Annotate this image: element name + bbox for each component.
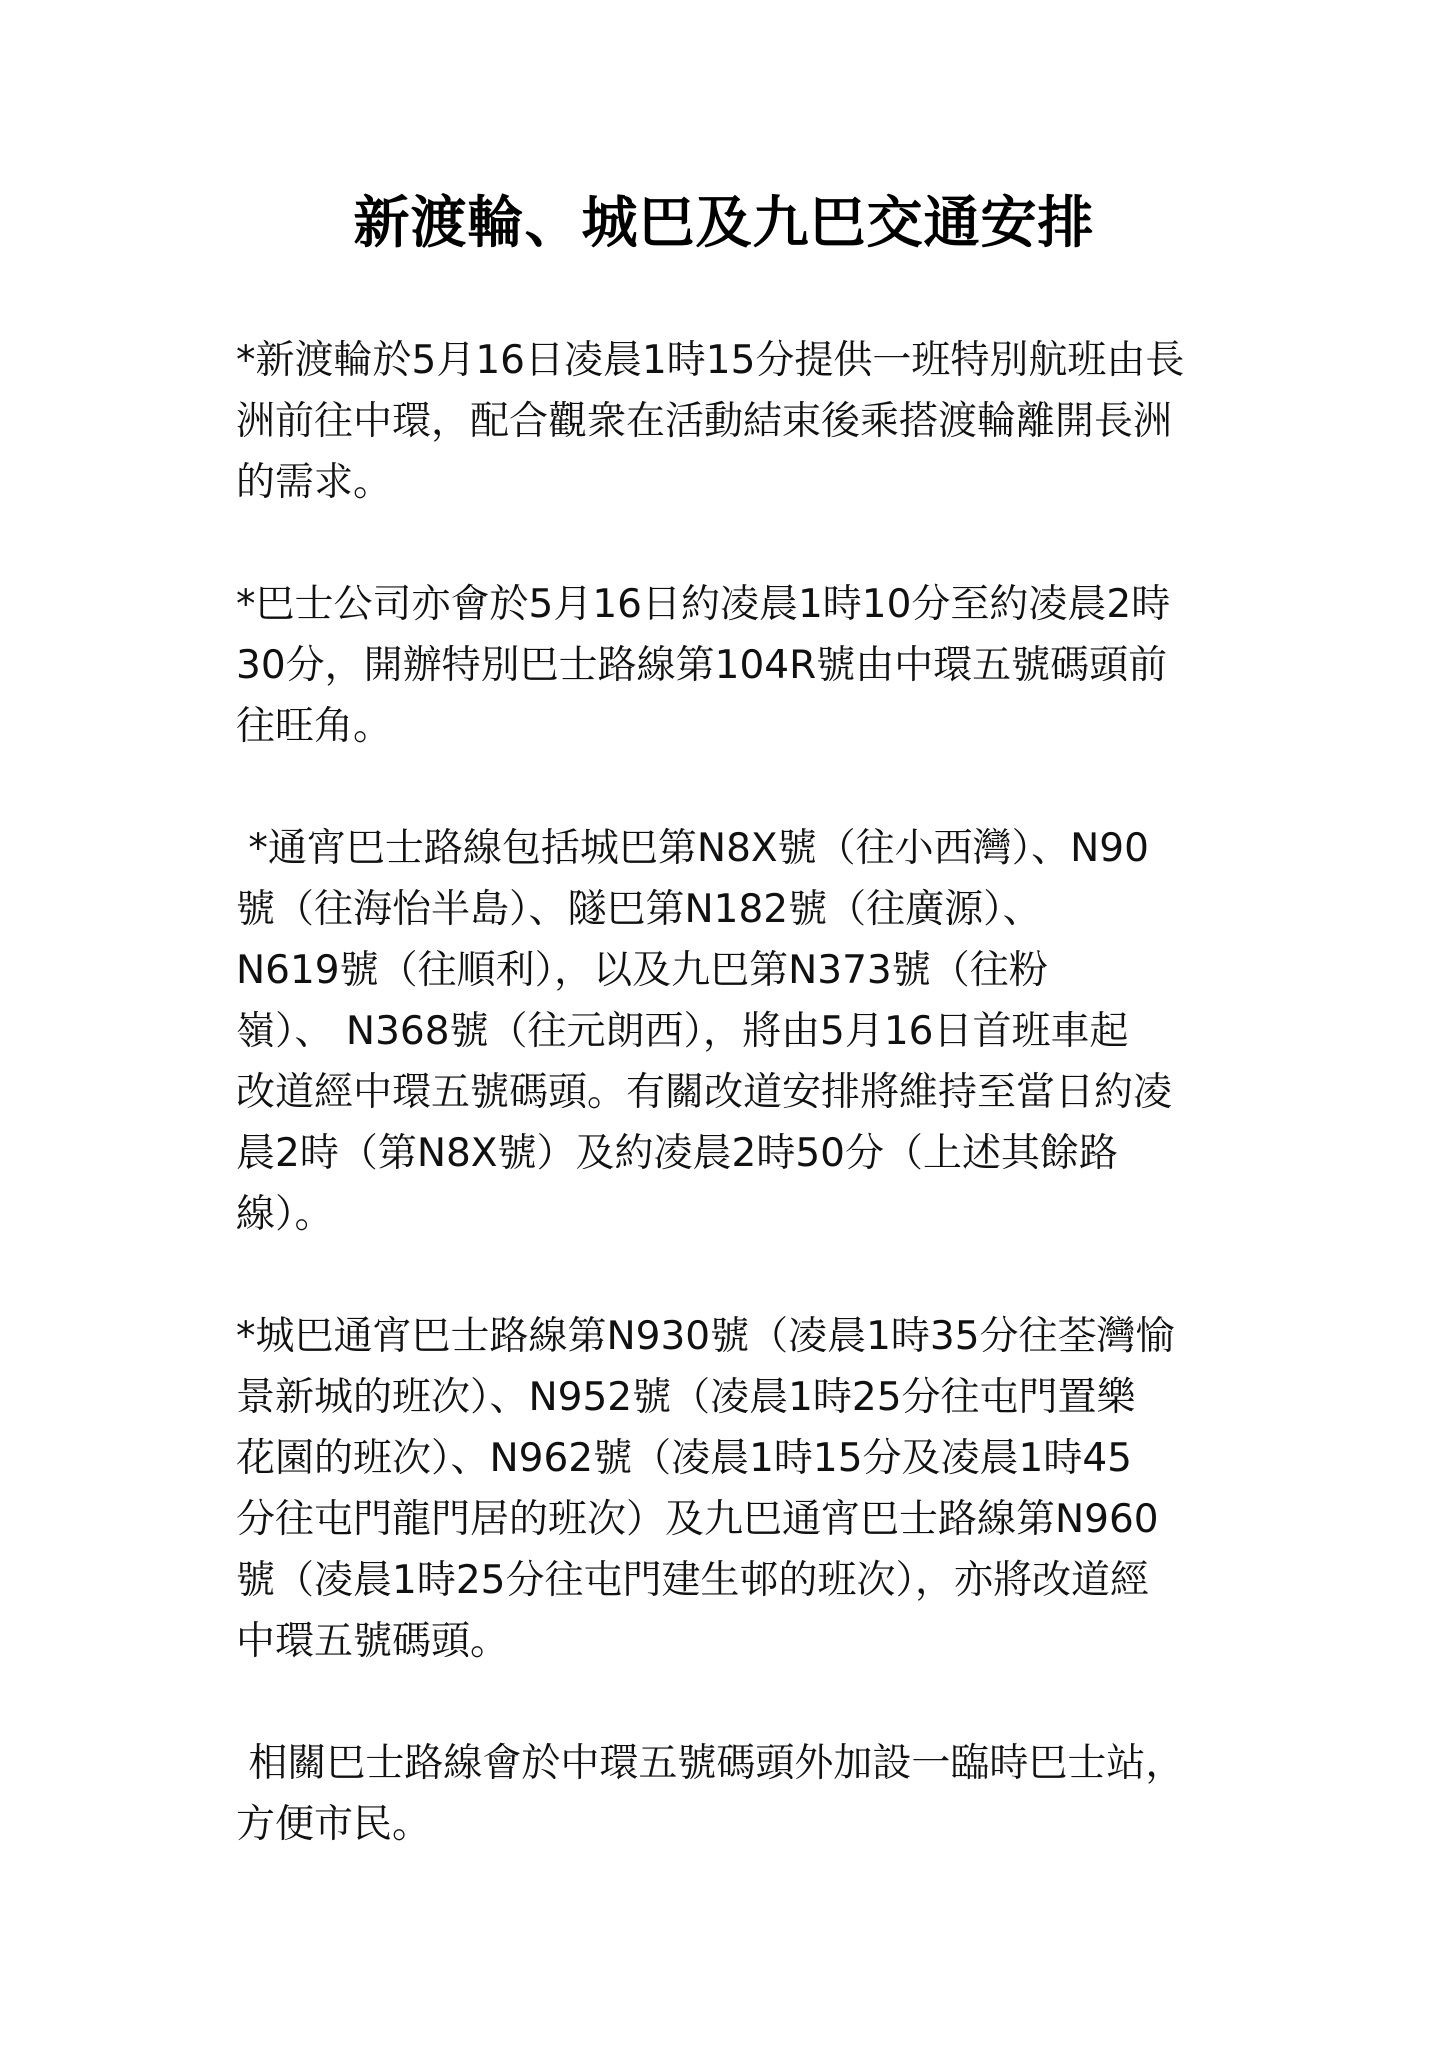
text-line: 往旺角。 <box>236 696 1236 757</box>
paragraph-special-bus-route: *巴士公司亦會於5月16日約凌晨1時10分至約凌晨2時 30分，開辦特別巴士路線… <box>236 574 1236 757</box>
text-line: 晨2時（第N8X號）及約凌晨2時50分（上述其餘路 <box>236 1123 1236 1184</box>
text-line: *新渡輪於5月16日凌晨1時15分提供一班特別航班由長 <box>236 330 1236 391</box>
text-line: 景新城的班次）、N952號（凌晨1時25分往屯門置樂 <box>236 1367 1236 1428</box>
text-line: 相關巴士路線會於中環五號碼頭外加設一臨時巴士站， <box>236 1733 1236 1794</box>
text-line: 線）。 <box>236 1184 1236 1245</box>
text-line: 的需求。 <box>236 452 1236 513</box>
text-line: 改道經中環五號碼頭。有關改道安排將維持至當日約凌 <box>236 1062 1236 1123</box>
text-line: 方便市民。 <box>236 1794 1236 1855</box>
text-line: 號（凌晨1時25分往屯門建生邨的班次），亦將改道經 <box>236 1550 1236 1611</box>
text-line: 洲前往中環，配合觀衆在活動結束後乘搭渡輪離開長洲 <box>236 391 1236 452</box>
text-line: 分往屯門龍門居的班次）及九巴通宵巴士路線第N960 <box>236 1489 1236 1550</box>
text-line: *通宵巴士路線包括城巴第N8X號（往小西灣）、N90 <box>236 818 1236 879</box>
paragraph-temporary-bus-stop: 相關巴士路線會於中環五號碼頭外加設一臨時巴士站， 方便市民。 <box>236 1733 1236 1855</box>
text-line: N619號（往順利），以及九巴第N373號（往粉 <box>236 940 1236 1001</box>
text-line: *城巴通宵巴士路線第N930號（凌晨1時35分往荃灣愉 <box>236 1306 1236 1367</box>
text-line: 中環五號碼頭。 <box>236 1611 1236 1672</box>
text-line: 嶺）、 N368號（往元朗西），將由5月16日首班車起 <box>236 1001 1236 1062</box>
text-line: 30分，開辦特別巴士路線第104R號由中環五號碼頭前 <box>236 635 1236 696</box>
text-line: 號（往海怡半島）、隧巴第N182號（往廣源）、 <box>236 879 1236 940</box>
paragraph-specific-trip-diversions: *城巴通宵巴士路線第N930號（凌晨1時35分往荃灣愉 景新城的班次）、N952… <box>236 1306 1236 1672</box>
document-body: *新渡輪於5月16日凌晨1時15分提供一班特別航班由長 洲前往中環，配合觀衆在活… <box>236 330 1236 1916</box>
document-title: 新渡輪、城巴及九巴交通安排 <box>0 184 1448 264</box>
paragraph-ferry-special-sailing: *新渡輪於5月16日凌晨1時15分提供一班特別航班由長 洲前往中環，配合觀衆在活… <box>236 330 1236 513</box>
text-line: 花園的班次）、N962號（凌晨1時15分及凌晨1時45 <box>236 1428 1236 1489</box>
text-line: *巴士公司亦會於5月16日約凌晨1時10分至約凌晨2時 <box>236 574 1236 635</box>
paragraph-overnight-diversions: *通宵巴士路線包括城巴第N8X號（往小西灣）、N90 號（往海怡半島）、隧巴第N… <box>236 818 1236 1245</box>
